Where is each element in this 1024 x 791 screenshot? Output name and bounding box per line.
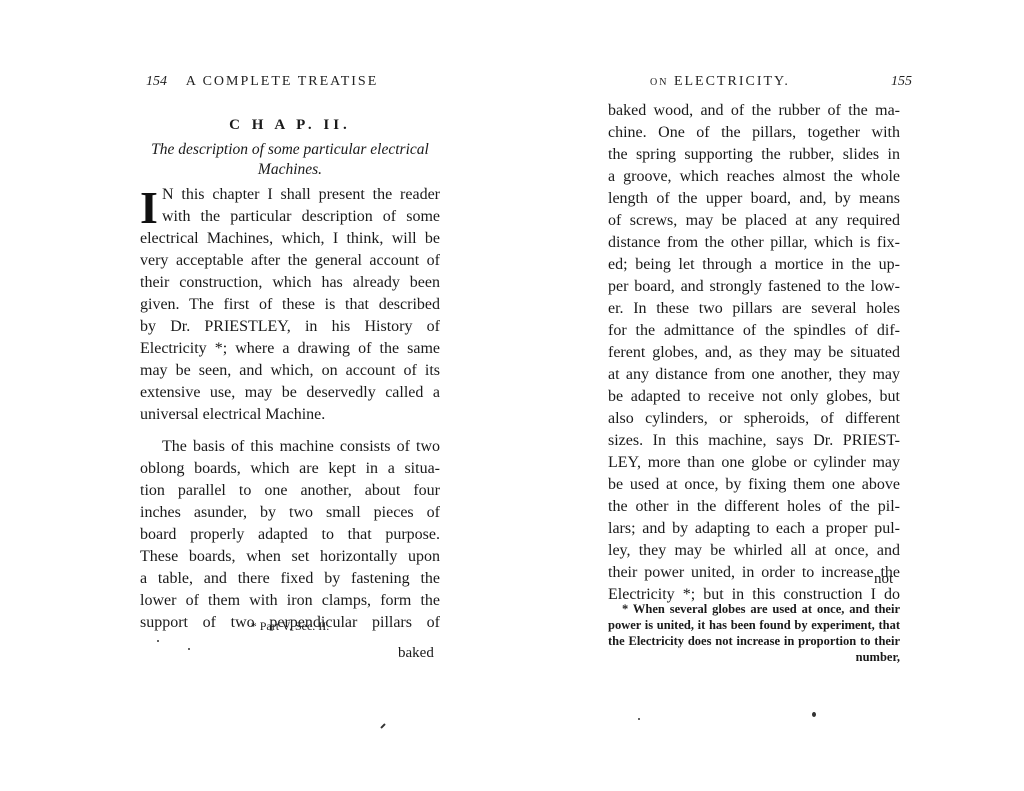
body-text: baked wood, and of the rubber of the ma-…: [608, 100, 900, 606]
text-line: er. In these two pillars are several hol…: [608, 298, 900, 320]
text-line: by Dr. PRIESTLEY, in his History of: [140, 316, 440, 338]
text-line: lower of them with iron clamps, form the: [140, 590, 440, 612]
text-line: a table, and there fixed by fastening th…: [140, 568, 440, 590]
text-line: sizes. In this machine, says Dr. PRIEST-: [608, 430, 900, 452]
text-line: ley, they may be whirled all at once, an…: [608, 540, 900, 562]
text-line: be adapted to receive not only globes, b…: [608, 386, 900, 408]
running-head-title: A COMPLETE TREATISE: [186, 74, 379, 89]
text-line: the spring supporting the rubber, slides…: [608, 144, 900, 166]
ink-speck: [157, 640, 159, 642]
text-line: ed; being let through a mortice in the u…: [608, 254, 900, 276]
page-number: 154: [146, 74, 167, 89]
ink-speck: [380, 723, 386, 729]
text-line: oblong boards, which are kept in a situa…: [140, 458, 440, 480]
chapter-title-line: The description of some particular elect…: [140, 140, 440, 160]
text-line: very acceptable after the general accoun…: [140, 250, 440, 272]
text-line: the other in the different holes of the …: [608, 496, 900, 518]
text-line: LEY, more than one globe or cylinder may: [608, 452, 900, 474]
text-line: inches asunder, by two small pieces of: [140, 502, 440, 524]
text-line: length of the upper board, and, by means: [608, 188, 900, 210]
footnote: * When several globes are used at once, …: [608, 601, 900, 665]
text-line: extensive use, may be deservedly called …: [140, 382, 440, 404]
text-line: be used at once, by fixing them one abov…: [608, 474, 900, 496]
footnote: * Part V. Sec. II.: [140, 619, 440, 634]
paragraph-basis: The basis of this machine consists of tw…: [140, 436, 440, 634]
text-line: for the admittance of the spindles of di…: [608, 320, 900, 342]
text-line: their power united, in order to increase…: [608, 562, 900, 584]
text-line: The basis of this machine consists of tw…: [140, 436, 440, 458]
page-number: 155: [891, 74, 912, 90]
text-line: ferent globes, and, as they may be situa…: [608, 342, 900, 364]
text-line: lars; and by adapting to each a proper p…: [608, 518, 900, 540]
text-line: These boards, when set horizontally upon: [140, 546, 440, 568]
text-line: per board, and strongly fastened to the …: [608, 276, 900, 298]
text-line: of screws, may be placed at any required: [608, 210, 900, 232]
running-head-title: on ELECTRICITY.: [650, 74, 790, 90]
text-line: electrical Machines, which, I think, wil…: [140, 228, 440, 250]
paragraph-intro: N this chapter I shall present the reade…: [140, 184, 440, 426]
chapter-heading: C H A P. II.: [140, 117, 440, 134]
text-line: baked wood, and of the rubber of the ma-: [608, 100, 900, 122]
text-line: given. The first of these is that descri…: [140, 294, 440, 316]
ink-speck: [188, 648, 190, 650]
text-line: universal electrical Machine.: [140, 404, 440, 426]
text-line: distance from the other pillar, which is…: [608, 232, 900, 254]
text-line: with the particular description of some: [140, 206, 440, 228]
text-line: tion parallel to one another, about four: [140, 480, 440, 502]
right-page: on ELECTRICITY. 155 baked wood, and of t…: [512, 0, 1024, 791]
footnote-line: number,: [608, 649, 900, 665]
ink-speck: [812, 712, 816, 717]
ink-speck: [638, 718, 640, 720]
footnote-line: the Electricity does not increase in pro…: [608, 633, 900, 649]
chapter-title: The description of some particular elect…: [140, 140, 440, 180]
chapter-title-line: Machines.: [140, 160, 440, 180]
catchword: not: [874, 571, 893, 588]
text-line: N this chapter I shall present the reade…: [140, 184, 440, 206]
text-line: at any distance from one another, they m…: [608, 364, 900, 386]
text-line: chine. One of the pillars, together with: [608, 122, 900, 144]
left-page: 154 A COMPLETE TREATISE C H A P. II. The…: [0, 0, 512, 791]
running-head-left: 154 A COMPLETE TREATISE: [146, 74, 378, 90]
text-line: also cylinders, or spheroids, of differe…: [608, 408, 900, 430]
running-head-right: on ELECTRICITY. 155: [650, 74, 912, 90]
text-line: Electricity *; where a drawing of the sa…: [140, 338, 440, 360]
text-line: their construction, which has already be…: [140, 272, 440, 294]
text-line: board properly adapted to that purpose.: [140, 524, 440, 546]
text-line: may be seen, and which, on account of it…: [140, 360, 440, 382]
footnote-line: * When several globes are used at once, …: [608, 601, 900, 617]
catchword: baked: [398, 645, 434, 662]
text-line: a groove, which reaches almost the whole: [608, 166, 900, 188]
footnote-line: power is united, it has been found by ex…: [608, 617, 900, 633]
